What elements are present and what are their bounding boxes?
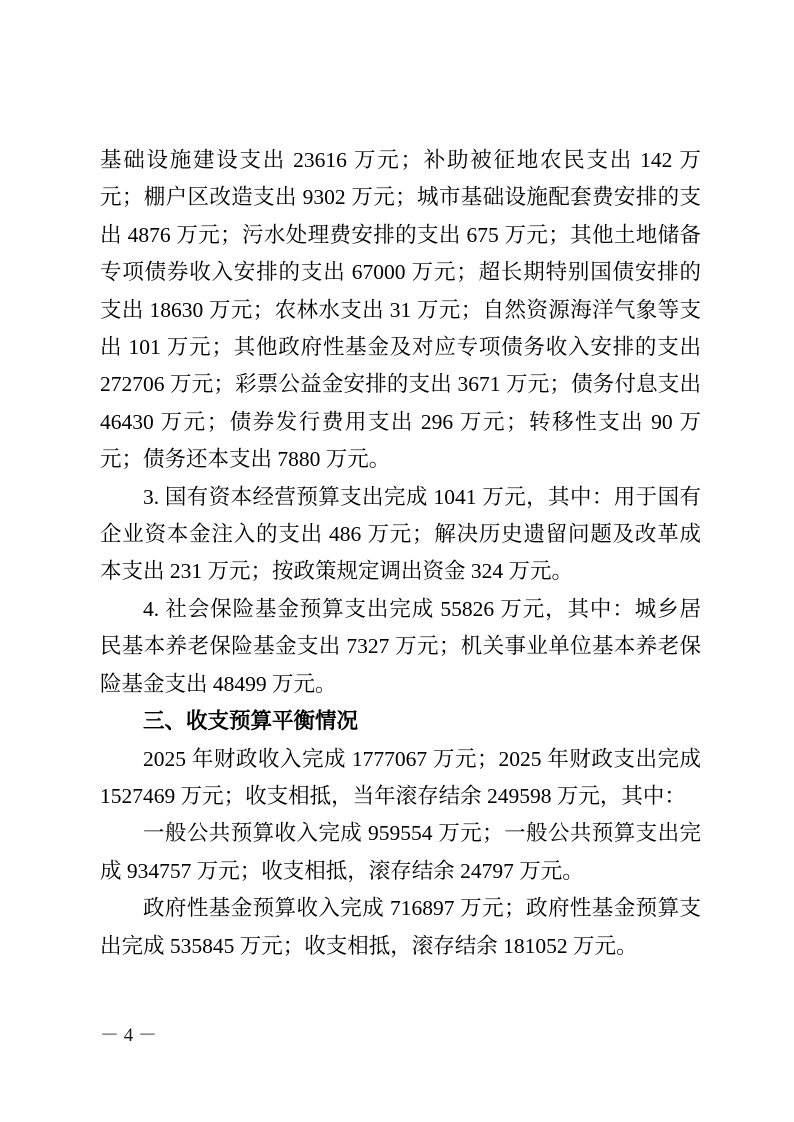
- page-body: 基础设施建设支出 23616 万元；补助被征地农民支出 142 万元；棚户区改造…: [100, 142, 701, 965]
- body-paragraph-item-3: 3. 国有资本经营预算支出完成 1041 万元，其中：用于国有企业资本金注入的支…: [100, 479, 701, 591]
- body-paragraph-continued: 基础设施建设支出 23616 万元；补助被征地农民支出 142 万元；棚户区改造…: [100, 142, 701, 479]
- page-number: － 4 －: [100, 1020, 157, 1047]
- body-paragraph-gov-fund-balance: 政府性基金预算收入完成 716897 万元；政府性基金预算支出完成 535845…: [100, 890, 701, 965]
- body-paragraph-general-budget-balance: 一般公共预算收入完成 959554 万元；一般公共预算支出完成 934757 万…: [100, 815, 701, 890]
- body-paragraph-item-4: 4. 社会保险基金预算支出完成 55826 万元，其中：城乡居民基本养老保险基金…: [100, 591, 701, 703]
- body-paragraph-balance-overview: 2025 年财政收入完成 1777067 万元；2025 年财政支出完成 152…: [100, 741, 701, 816]
- document-page: 基础设施建设支出 23616 万元；补助被征地农民支出 142 万元；棚户区改造…: [0, 0, 794, 1122]
- section-heading-balance: 三、收支预算平衡情况: [100, 703, 701, 740]
